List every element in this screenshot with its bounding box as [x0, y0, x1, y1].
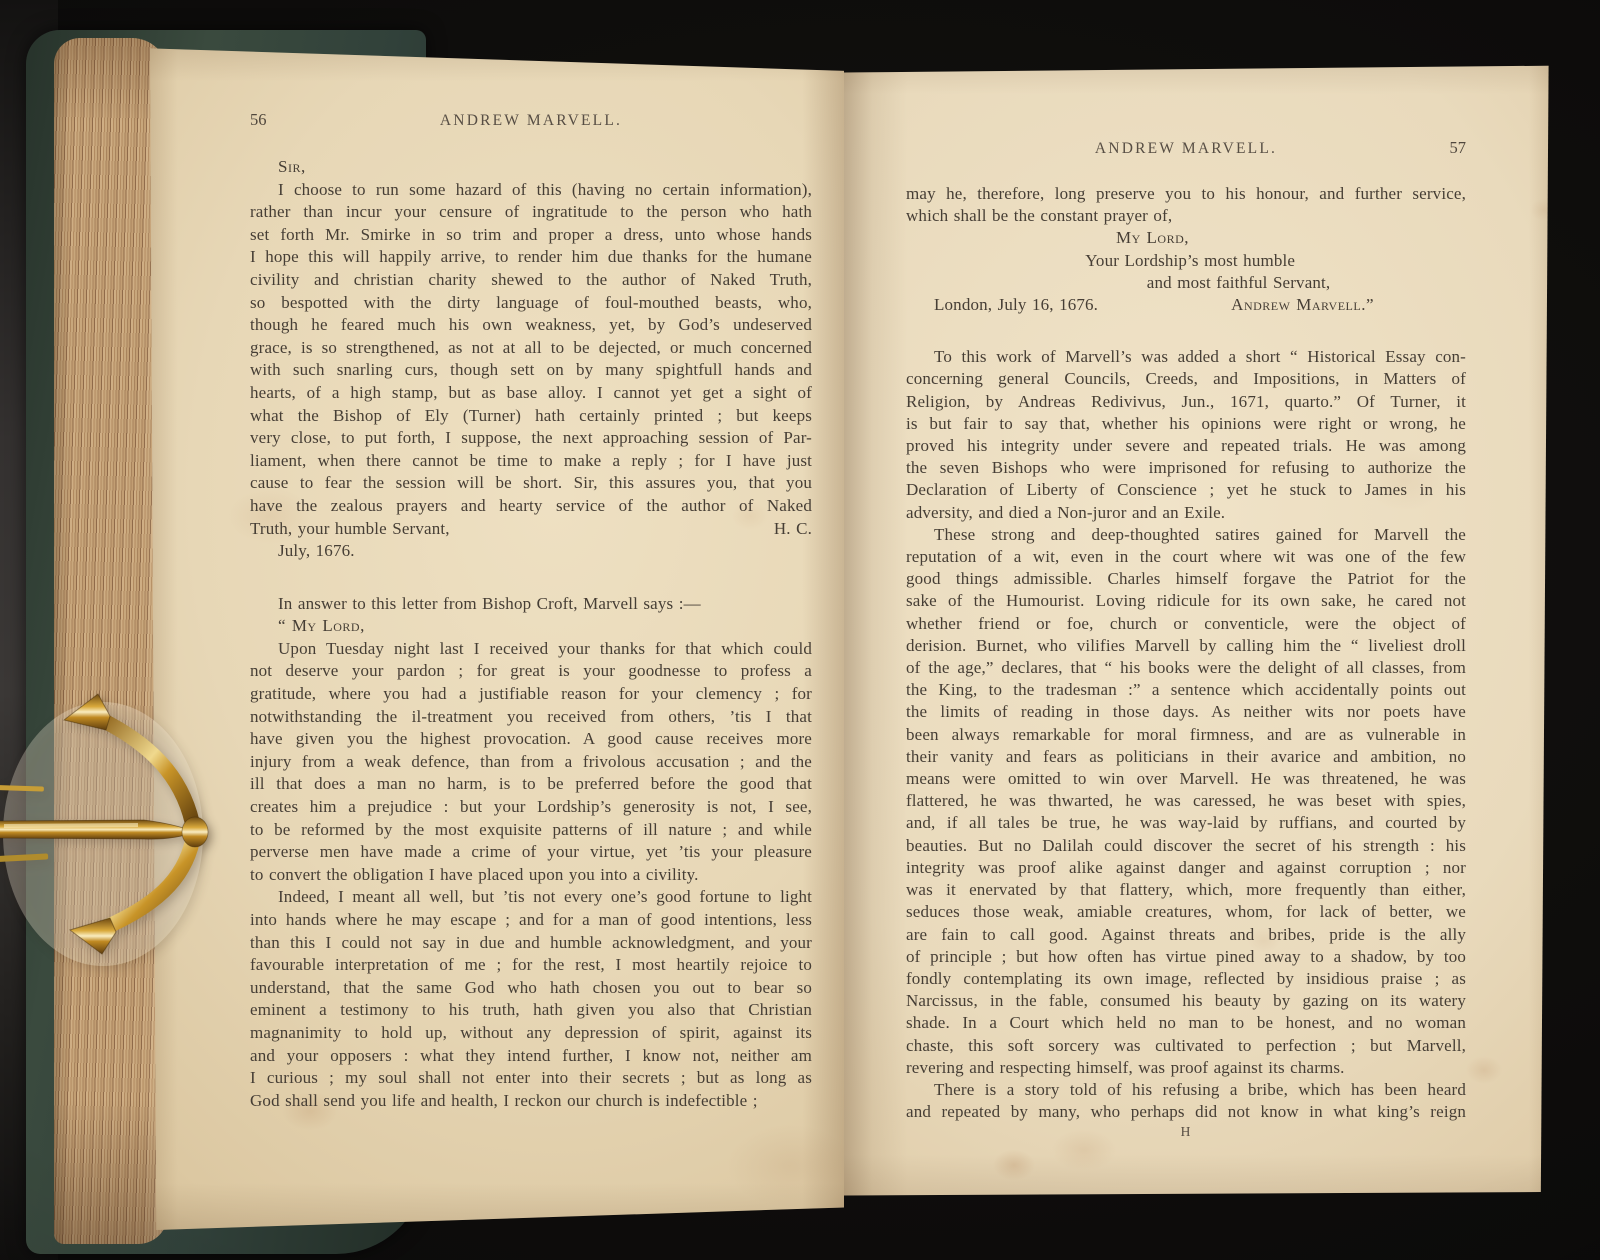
text-line: and most faithful Servant,: [1147, 272, 1466, 294]
text-line: of the age,” declares, that “ his books …: [906, 657, 1466, 679]
text-line: concerning general Councils, Creeds, and…: [906, 368, 1466, 390]
text-line: not deserve your pardon ; for great is y…: [250, 660, 812, 683]
running-title-left: ANDREW MARVELL.: [440, 112, 622, 130]
text-line: derision. Burnet, who vilifies Marvell b…: [906, 635, 1466, 657]
text-line: sake of the Humourist. Loving ridicule f…: [906, 590, 1466, 612]
text-line: is but fair to say that, whether his opi…: [906, 413, 1466, 435]
text-line: and, if all tales be true, he was way-la…: [906, 812, 1466, 834]
text-line: favourable interpretation of me ; for th…: [250, 954, 812, 977]
text-line: civility and christian charity shewed to…: [250, 269, 812, 292]
text-line: was it enervated by that flattery, which…: [906, 879, 1466, 901]
page-fore-edge: [54, 38, 168, 1244]
text-line: than this I could not say in due and hum…: [250, 932, 812, 955]
text-line: perverse men have made a crime of your v…: [250, 841, 812, 864]
text-line: beauties. But no Dalilah could discover …: [906, 835, 1466, 857]
page-text-left: Sir,I choose to run some hazard of this …: [250, 156, 812, 1112]
page-header-left: 56 ANDREW MARVELL.: [250, 110, 812, 130]
book-page-right: ANDREW MARVELL. 57 may he, therefore, lo…: [844, 60, 1550, 1200]
text-line: are fain to call good. Against threats a…: [906, 924, 1466, 946]
text-line: seduces those weak, amiable creatures, w…: [906, 901, 1466, 923]
text-line: magnanimity to hold up, without any depr…: [250, 1022, 812, 1045]
text-line: ill that does a man no harm, is to be pr…: [250, 773, 812, 796]
text-line: To this work of Marvell’s was added a sh…: [906, 346, 1466, 368]
text-line: Your Lordship’s most humble: [1085, 250, 1466, 272]
text-line: There is a story told of his refusing a …: [906, 1079, 1466, 1101]
text-line: what the Bishop of Ely (Turner) hath cer…: [250, 405, 812, 428]
text-line: chaste, this soft sorcery was cultivated…: [906, 1035, 1466, 1057]
text-line: understand, that the same God who hath c…: [250, 977, 812, 1000]
text-line: In answer to this letter from Bishop Cro…: [250, 593, 812, 616]
text-line: to be reformed by the most exquisite pat…: [250, 819, 812, 842]
text-line: liament, when there cannot be time to ma…: [250, 450, 812, 473]
text-line: and your opposers : what they intend fur…: [250, 1045, 812, 1068]
text-line: Narcissus, in the fable, consumed his be…: [906, 990, 1466, 1012]
text-line: My Lord,: [1116, 227, 1466, 249]
signature-mark: H: [906, 1124, 1466, 1140]
text-line: means were omitted to win over Marvell. …: [906, 768, 1466, 790]
text-line: Upon Tuesday night last I received your …: [250, 638, 812, 661]
text-line: may he, therefore, long preserve you to …: [906, 183, 1466, 205]
text-line: with such snarling curs, though sett on …: [250, 359, 812, 382]
text-line: flattered, he was thwarted, he was cares…: [906, 790, 1466, 812]
text-line: hearts, of a high stamp, but as base all…: [250, 382, 812, 405]
anchor-clasp-icon: [0, 686, 210, 978]
text-line: so bespotted with the dirty language of …: [250, 292, 812, 315]
text-line: integrity was proof alike against danger…: [906, 857, 1466, 879]
text-line: have given you the highest provocation. …: [250, 728, 812, 751]
text-line: though he feared much his own weakness, …: [250, 314, 812, 337]
running-title-right: ANDREW MARVELL.: [1095, 140, 1277, 158]
text-line: grace, is so strengthened, as not at all…: [250, 337, 812, 360]
text-line: revering and respecting himself, was pro…: [906, 1057, 1466, 1079]
page-number-right: 57: [1450, 138, 1467, 158]
text-line: “ My Lord,: [250, 615, 812, 638]
page-text-right: may he, therefore, long preserve you to …: [906, 183, 1466, 1123]
anchor-crown: [182, 817, 208, 847]
text-line: Declaration of Liberty of Conscience ; y…: [906, 479, 1466, 501]
text-line: the King, to the tradesman :” a sentence…: [906, 679, 1466, 701]
text-line: good things admissible. Charles himself …: [906, 568, 1466, 590]
text-line: and repeated by many, who perhaps did no…: [906, 1101, 1466, 1123]
text-line: which shall be the constant prayer of,: [906, 205, 1466, 227]
text-line: reputation of a wit, even in the court w…: [906, 546, 1466, 568]
text-line: Sir,: [250, 156, 812, 179]
text-line: set forth Mr. Smirke in so trim and prop…: [250, 224, 812, 247]
text-line: injury from a weak defence, than from a …: [250, 751, 812, 774]
text-line: cause to fear the session will be short.…: [250, 472, 812, 495]
page-number-left: 56: [250, 110, 267, 130]
text-line: to convert the obligation I have placed …: [250, 864, 812, 887]
text-line: I hope this will happily arrive, to rend…: [250, 246, 812, 269]
page-header-right: ANDREW MARVELL. 57: [906, 138, 1466, 158]
text-line: shade. In a Court which held no man to b…: [906, 1012, 1466, 1034]
text-line: Religion, by Andreas Redivivus, Jun., 16…: [906, 391, 1466, 413]
text-line: their vanity and fears as politicians in…: [906, 746, 1466, 768]
text-line: July, 1676.: [250, 540, 812, 563]
book-page-left: 56 ANDREW MARVELL. Sir,I choose to run s…: [150, 46, 844, 1230]
text-line: the seven Bishops who were imprisoned fo…: [906, 457, 1466, 479]
text-line: proved his integrity under severe and re…: [906, 435, 1466, 457]
text-line: London, July 16, 1676.Andrew Marvell.”: [906, 294, 1466, 316]
text-line: God shall send you life and health, I re…: [250, 1090, 812, 1113]
text-line: Indeed, I meant all well, but ’tis not e…: [250, 886, 812, 909]
text-line: eminent a testimony to his truth, hath g…: [250, 999, 812, 1022]
text-line: into hands where he may escape ; and for…: [250, 909, 812, 932]
text-line: gratitude, where you had a justifiable r…: [250, 683, 812, 706]
text-line: have the zealous prayers and hearty serv…: [250, 495, 812, 518]
text-line: These strong and deep-thoughted satires …: [906, 524, 1466, 546]
text-line: adversity, and died a Non-juror and an E…: [906, 502, 1466, 524]
text-line: creates him a prejudice : but your Lords…: [250, 796, 812, 819]
text-line: the limits of reading in those days. As …: [906, 701, 1466, 723]
text-line: fondly contemplating its own image, refl…: [906, 968, 1466, 990]
text-line: I choose to run some hazard of this (hav…: [250, 179, 812, 202]
text-line: of principle ; but how often has virtue …: [906, 946, 1466, 968]
text-line: been always remarkable for moral firmnes…: [906, 724, 1466, 746]
text-line: notwithstanding the il-treatment you rec…: [250, 706, 812, 729]
text-line: Truth, your humble Servant,H. C.: [250, 518, 812, 541]
text-line: whether friend or foe, church or convent…: [906, 613, 1466, 635]
photo-background: 56 ANDREW MARVELL. Sir,I choose to run s…: [0, 0, 1600, 1260]
text-line: I curious ; my soul shall not enter into…: [250, 1067, 812, 1090]
text-line: very close, to put forth, I suppose, the…: [250, 427, 812, 450]
text-line: rather than incur your censure of ingrat…: [250, 201, 812, 224]
